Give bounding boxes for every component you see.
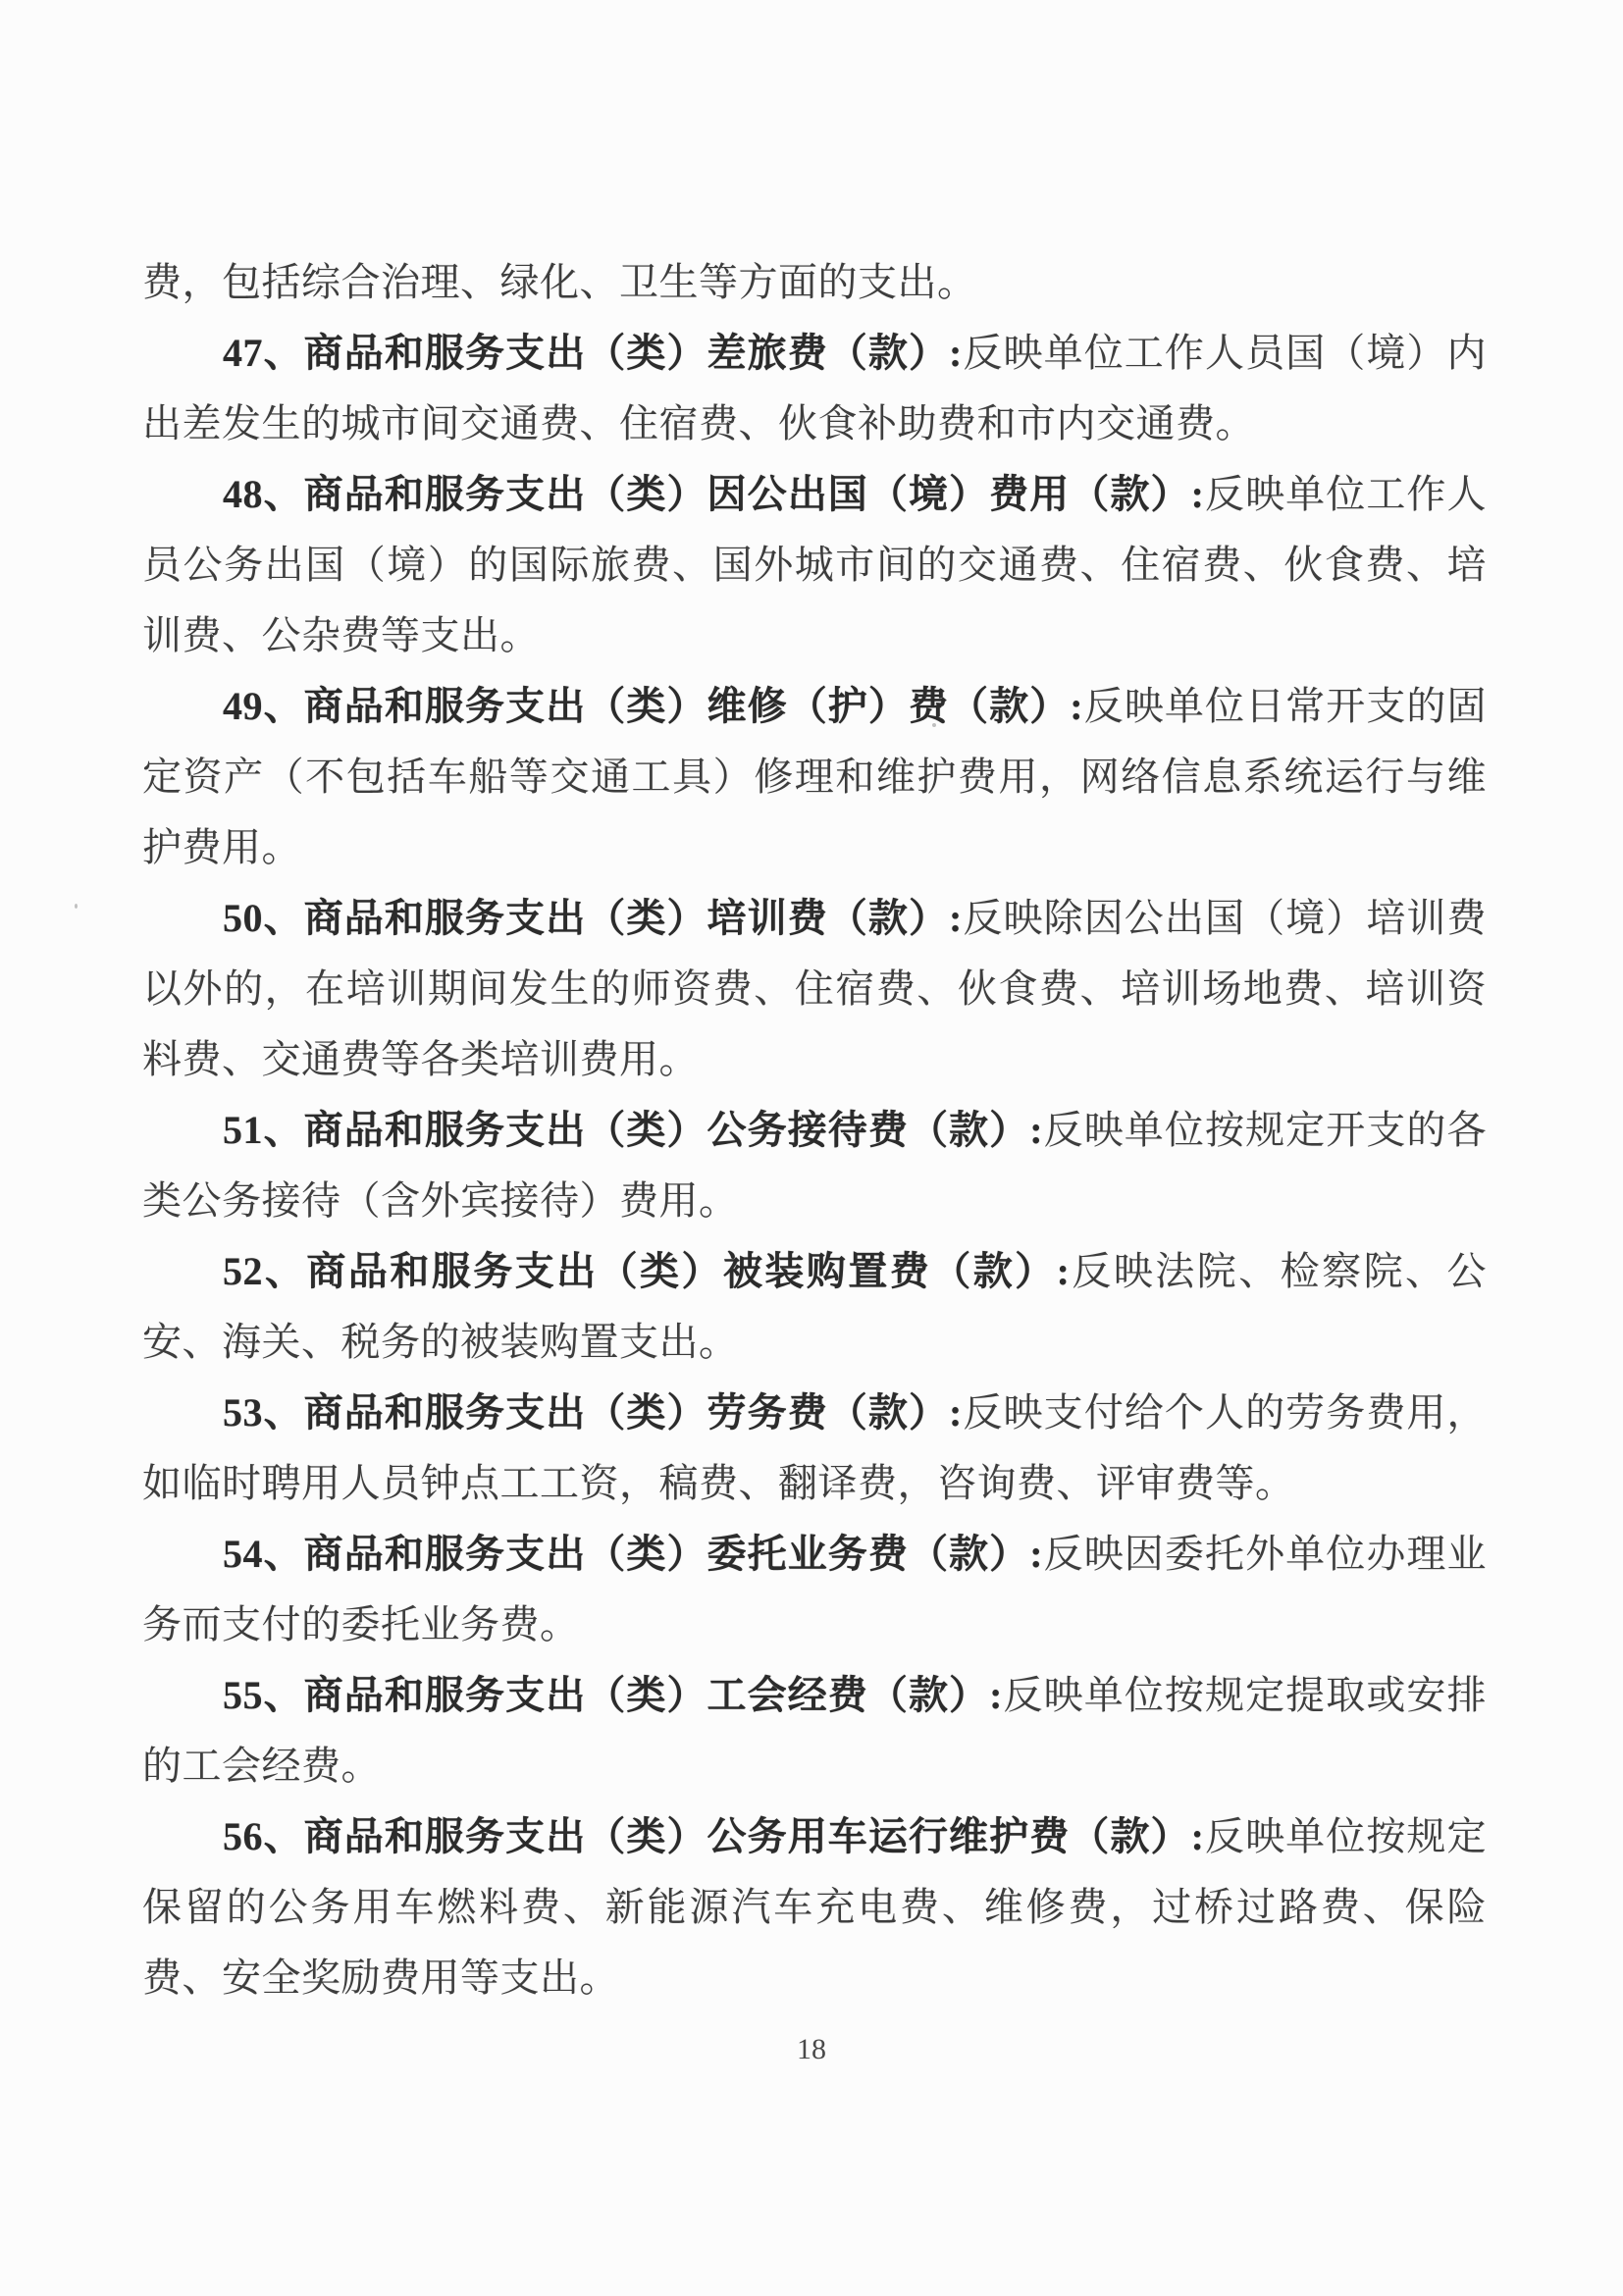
paragraph-continuation: 费，包括综合治理、绿化、卫生等方面的支出。 xyxy=(142,247,1487,318)
clause-51: 51、商品和服务支出（类）公务接待费（款）:反映单位按规定开支的各类公务接待（含… xyxy=(142,1095,1487,1236)
document-body: 费，包括综合治理、绿化、卫生等方面的支出。 47、商品和服务支出（类）差旅费（款… xyxy=(142,247,1487,2013)
paragraph-continuation-text: 费，包括综合治理、绿化、卫生等方面的支出。 xyxy=(142,260,977,304)
scan-speck xyxy=(75,904,78,909)
clause-54-heading: 54、商品和服务支出（类）委托业务费（款）: xyxy=(223,1532,1043,1576)
clause-56-heading: 56、商品和服务支出（类）公务用车运行维护费（款）: xyxy=(223,1814,1204,1858)
scan-speck xyxy=(1140,1552,1143,1555)
clause-50-heading: 50、商品和服务支出（类）培训费（款）: xyxy=(223,896,963,940)
clause-54: 54、商品和服务支出（类）委托业务费（款）:反映因委托外单位办理业务而支付的委托… xyxy=(142,1519,1487,1660)
clause-49-heading: 49、商品和服务支出（类）维修（护）费（款）: xyxy=(223,684,1083,728)
clause-51-heading: 51、商品和服务支出（类）公务接待费（款）: xyxy=(223,1108,1043,1152)
clause-52: 52、商品和服务支出（类）被装购置费（款）:反映法院、检察院、公安、海关、税务的… xyxy=(142,1236,1487,1378)
clause-48-heading: 48、商品和服务支出（类）因公出国（境）费用（款）: xyxy=(223,472,1204,516)
clause-52-heading: 52、商品和服务支出（类）被装购置费（款）: xyxy=(223,1249,1070,1293)
clause-55-heading: 55、商品和服务支出（类）工会经费（款）: xyxy=(223,1673,1003,1717)
clause-48: 48、商品和服务支出（类）因公出国（境）费用（款）:反映单位工作人员公务出国（境… xyxy=(142,459,1487,671)
clause-53: 53、商品和服务支出（类）劳务费（款）:反映支付给个人的劳务费用，如临时聘用人员… xyxy=(142,1378,1487,1519)
clause-55: 55、商品和服务支出（类）工会经费（款）:反映单位按规定提取或安排的工会经费。 xyxy=(142,1660,1487,1801)
scanned-document-page: 费，包括综合治理、绿化、卫生等方面的支出。 47、商品和服务支出（类）差旅费（款… xyxy=(0,0,1623,2296)
clause-47: 47、商品和服务支出（类）差旅费（款）:反映单位工作人员国（境）内出差发生的城市… xyxy=(142,318,1487,459)
clause-53-heading: 53、商品和服务支出（类）劳务费（款）: xyxy=(223,1390,963,1435)
clause-50: 50、商品和服务支出（类）培训费（款）:反映除因公出国（境）培训费以外的，在培训… xyxy=(142,883,1487,1095)
clause-56: 56、商品和服务支出（类）公务用车运行维护费（款）:反映单位按规定保留的公务用车… xyxy=(142,1801,1487,2013)
clause-49: 49、商品和服务支出（类）维修（护）费（款）:反映单位日常开支的固定资产（不包括… xyxy=(142,671,1487,883)
clause-47-heading: 47、商品和服务支出（类）差旅费（款）: xyxy=(223,331,963,375)
scan-speck xyxy=(932,723,936,727)
page-number: 18 xyxy=(0,2033,1623,2066)
